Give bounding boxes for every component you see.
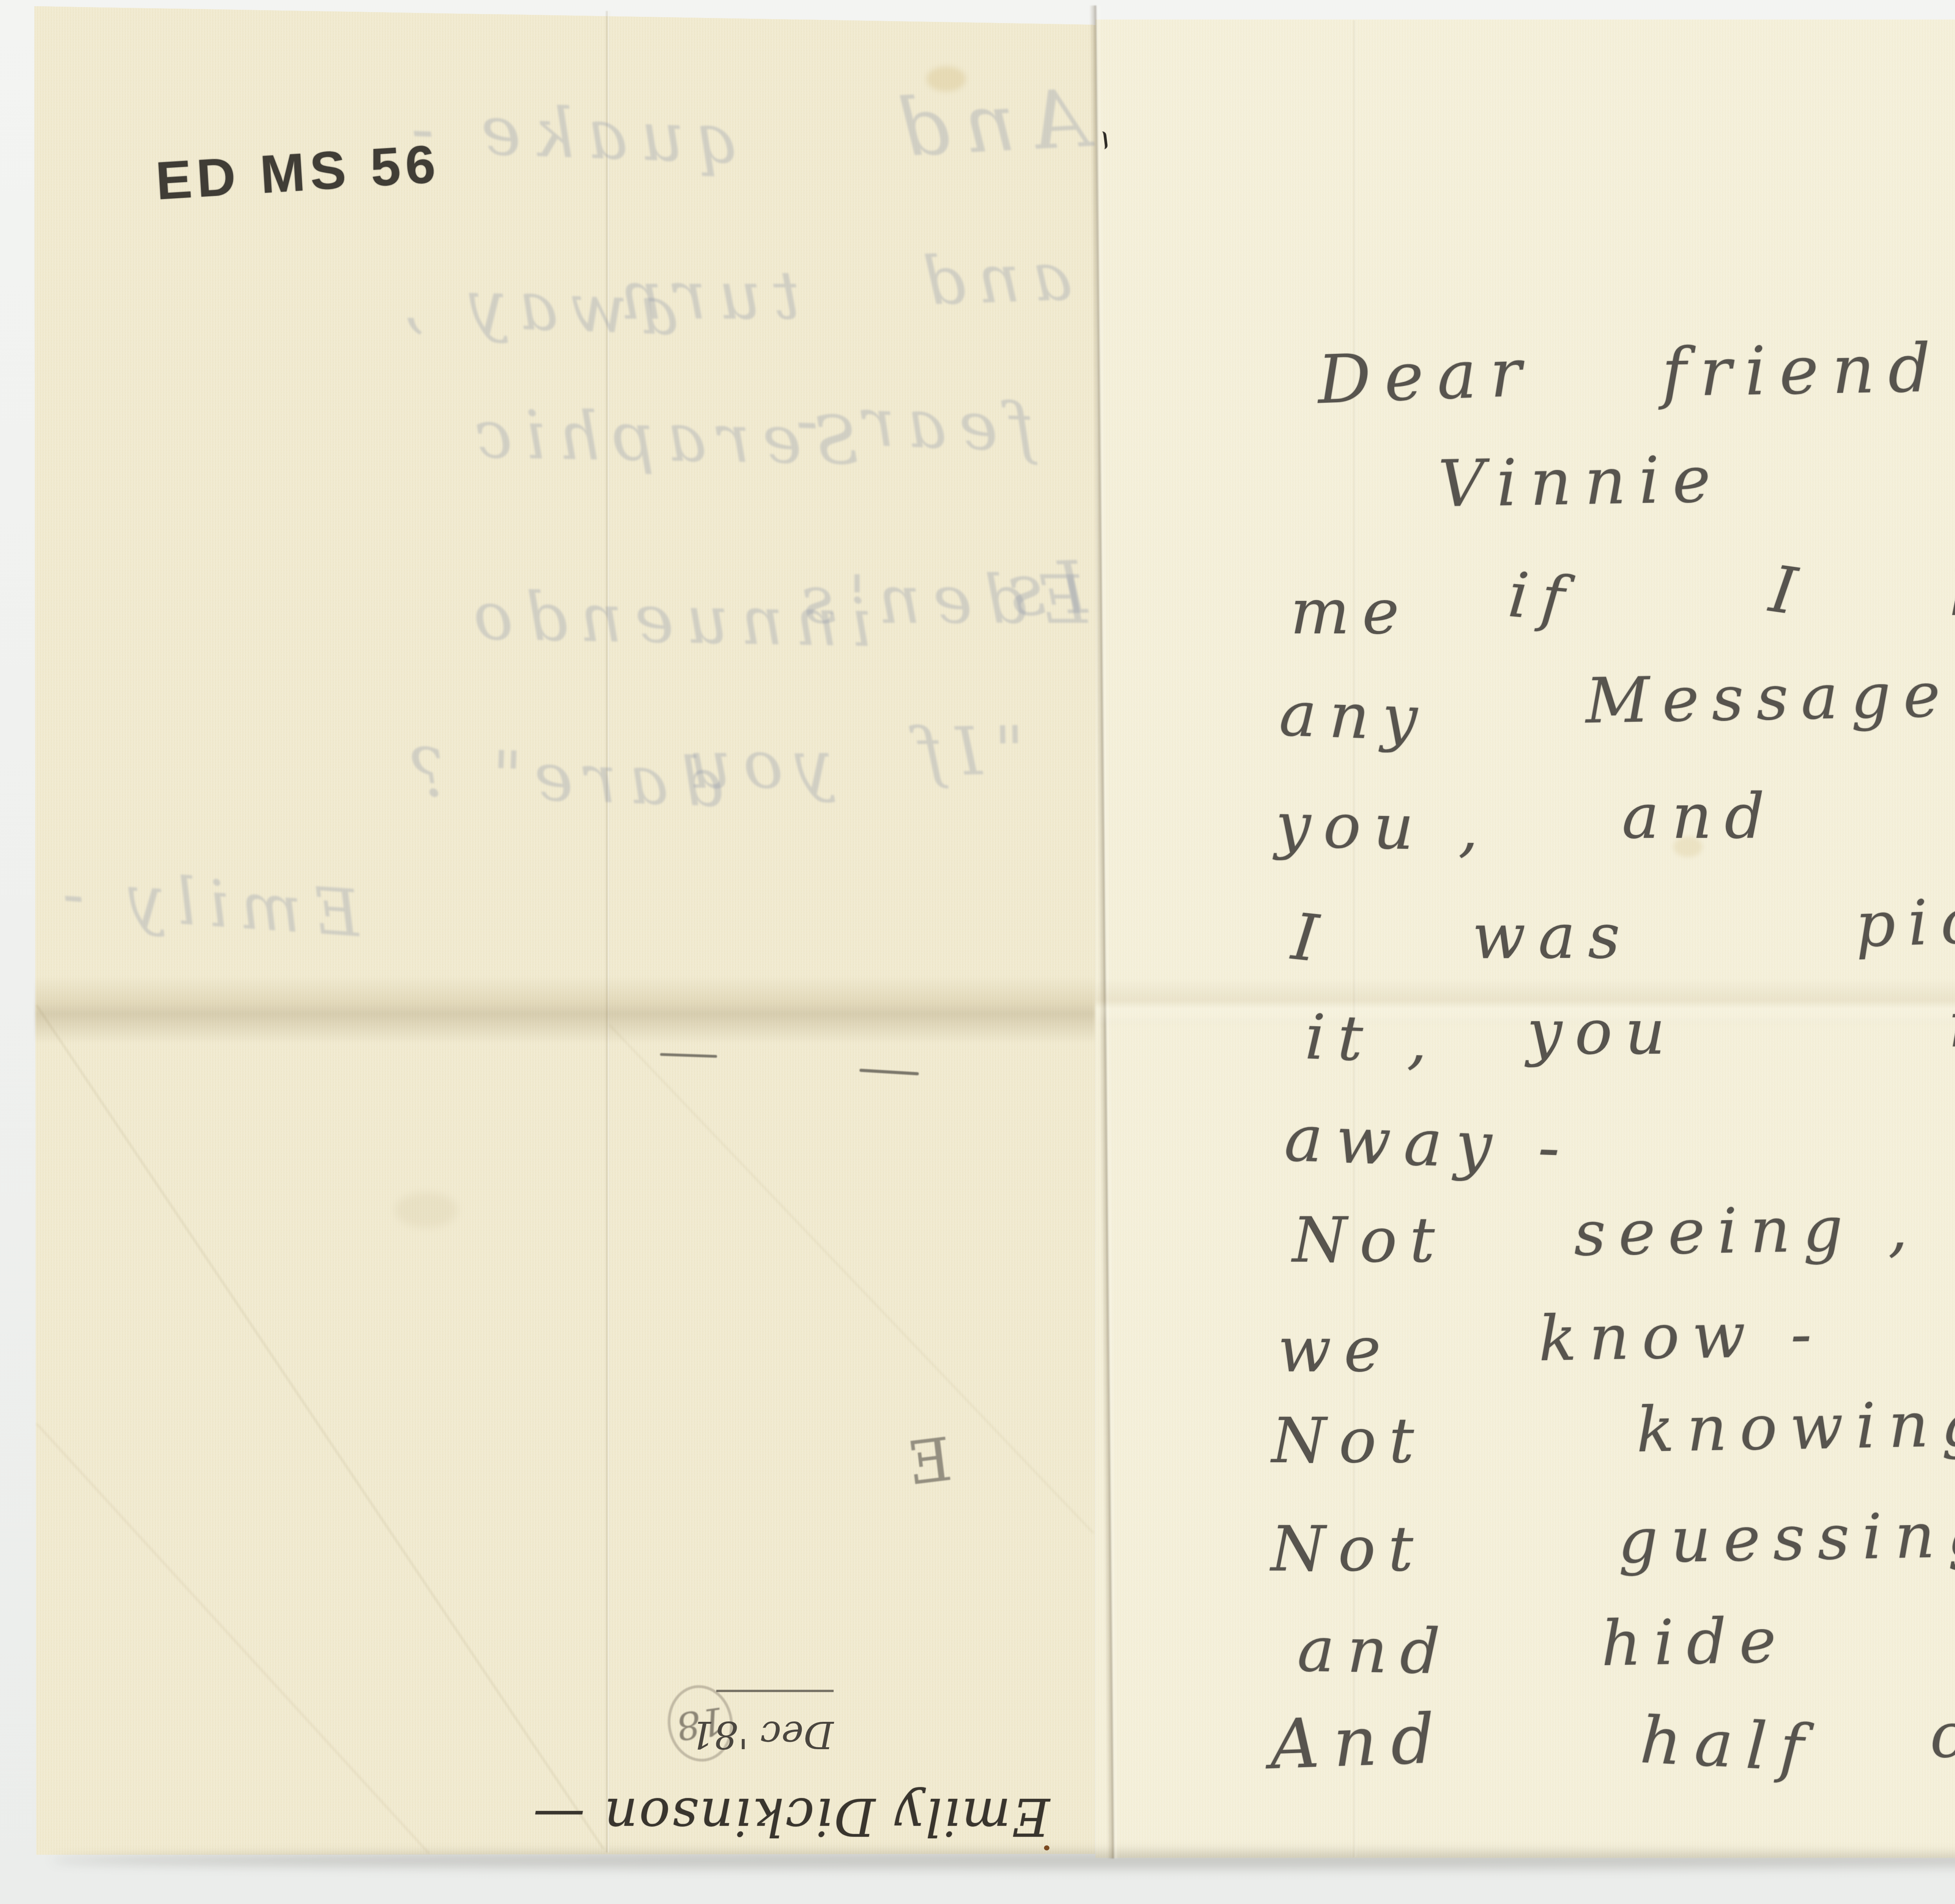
- letter-line-1-word-1: Dear: [1316, 339, 1536, 413]
- letter-line-3-word-1: me: [1290, 581, 1412, 643]
- letter-line-5-word-2: and: [1622, 785, 1777, 848]
- letter-line-6-word-3: picking: [1854, 883, 1955, 957]
- letter-line-1-word-2: friend ,: [1661, 334, 1955, 407]
- letter-line-7-word-2: you: [1527, 1001, 1678, 1063]
- letter-line-7-word-1: it ,: [1304, 1006, 1441, 1073]
- date-annotation: Dec '81: [716, 1690, 834, 1757]
- letter-line-8-word-1: away -: [1283, 1106, 1574, 1181]
- letter-line-5-word-1: you ,: [1275, 794, 1492, 860]
- showthrough-word-7: fear -: [783, 387, 1036, 462]
- letter-line-9-word-2: seeing ,: [1573, 1196, 1921, 1265]
- letter-line-12-word-1: Not: [1271, 1518, 1426, 1580]
- letter-line-2-word-1: Vinnie: [1438, 447, 1724, 517]
- showthrough-word-11: "If: [907, 717, 1025, 786]
- emily-dickinson-signature: Emily Dickinson —: [651, 1774, 1050, 1847]
- letter-line-10-word-2: know -: [1538, 1303, 1825, 1370]
- letter-line-14-word-2: half: [1639, 1708, 1818, 1781]
- letter-line-14-word-1: And: [1269, 1705, 1449, 1779]
- showthrough-word-10: innuendo: [461, 583, 872, 656]
- letter-line-12-word-2: guessing ,: [1618, 1502, 1955, 1572]
- letter-line-4-word-1: any: [1278, 682, 1431, 750]
- letter-line-9-word-1: Not: [1292, 1209, 1447, 1271]
- letter-line-13-word-1: and: [1297, 1618, 1453, 1683]
- letter-line-6-word-1: I: [1289, 904, 1334, 972]
- letter-line-13-word-2: hide: [1601, 1609, 1789, 1675]
- letter-line-14-word-3: caress ,: [1928, 1693, 1955, 1768]
- showthrough-word-1: And: [882, 79, 1090, 169]
- letter-line-10-word-1: we: [1278, 1318, 1394, 1381]
- showthrough-word-13: dare" ?: [398, 739, 724, 817]
- manuscript-scan: ED MS 56 Andquake -andturnaway ,Seraphic…: [0, 0, 1955, 1904]
- letter-line-7-word-3: ran: [1948, 991, 1955, 1056]
- letter-line-3-word-4: had: [1949, 562, 1955, 625]
- showthrough-word-2: quake -: [398, 94, 742, 174]
- letter-line-11-word-2: knowing ,: [1636, 1391, 1955, 1461]
- page-bottom-shadow: [51, 1852, 1955, 1869]
- showthrough-word-3: and: [910, 244, 1073, 316]
- letter-line-3-word-2: if: [1506, 563, 1579, 632]
- showthrough-word-5: away ,: [390, 269, 680, 345]
- letter-line-6-word-2: was: [1472, 905, 1632, 968]
- letter-line-4-word-2: Message: [1585, 663, 1953, 732]
- letter-line-11-word-1: Not: [1272, 1409, 1427, 1472]
- mirrored-e-pencil-mark: E: [904, 1425, 956, 1499]
